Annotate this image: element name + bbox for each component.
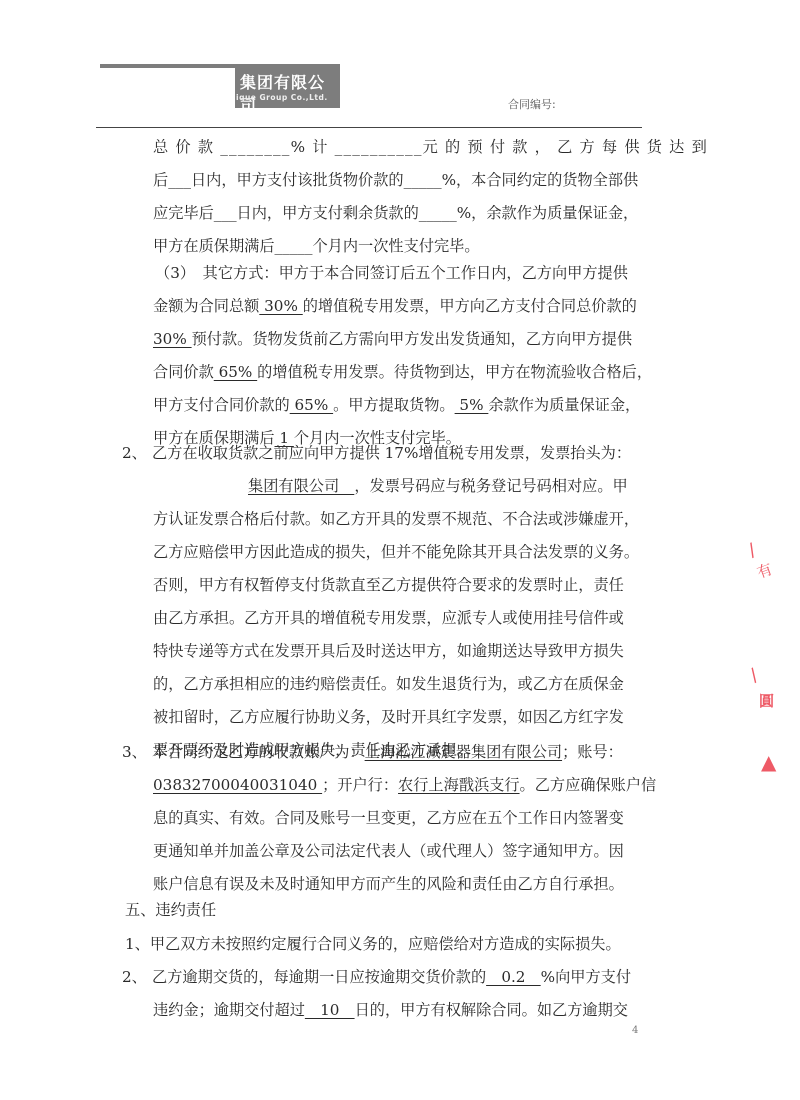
clause3-line: （3） 其它方式：甲方于本合同签订后五个工作日内，乙方向甲方提供 [155,263,628,283]
text: 日的，甲方有权解除合同。如乙方逾期交 [355,1001,628,1019]
item2-line: 乙方应赔偿甲方因此造成的损失，但并不能免除其开具合法发票的义务。 [153,542,639,562]
stamp-char: 圓 [759,690,774,711]
section5-item1: 1、甲乙双方未按照约定履行合同义务的，应赔偿给对方造成的实际损失。 [125,934,621,954]
item3-number: 3、 [122,742,147,762]
text: 的增值税专用发票。待货物到达，甲方在物流验收合格后， [257,363,652,381]
bank-name: 农行上海戬浜支行 [398,776,520,794]
clause3-line: 合同价款 65% 的增值税专用发票。待货物到达，甲方在物流验收合格后， [153,362,652,382]
invoice-payee: 集团有限公司 [248,477,354,495]
text: 的增值税专用发票，甲方向乙方支付合同总价款的 [303,297,637,315]
text: 甲方支付合同价款的 [153,396,290,414]
text: 。甲方提取货物。 [333,396,455,414]
text: 余款作为质量保证金， [488,396,640,414]
text: 。乙方应确保账户信 [520,776,657,794]
seal-stamp-fragment: / 有 / 圓 ▲ [745,540,795,810]
payment-percent: 65% [290,396,333,414]
stamp-stroke: / [745,540,759,562]
text: 乙方逾期交货的，每逾期一日应按逾期交货价款的 [152,968,486,986]
invoice-percent-2: 65% [214,363,257,381]
text: 预付款。货物发货前乙方需向甲方发出发货通知，乙方向甲方提供 [192,330,632,348]
item2-line: 方认证发票合格后付款。如乙方开具的发票不规范、不合法或涉嫌虚开， [153,509,639,529]
company-logo-banner: 集团有限公司 ique Group Co.,Ltd. [100,64,340,108]
section5-item2-line: 违约金；逾期交付超过 10 日的，甲方有权解除合同。如乙方逾期交 [153,1000,628,1020]
item2-line: 否则，甲方有权暂停支付货款直至乙方提供符合要求的发票时止，责任 [153,575,624,595]
text: ；账号： [562,743,623,761]
text: ，发票号码应与税务登记号码相对应。甲 [354,477,627,495]
stamp-stroke: ▲ [761,750,776,774]
item2-line: 被扣留时，乙方应履行协助义务，及时开具红字发票，如因乙方红字发 [153,707,624,727]
clause3-line: 甲方支付合同价款的 65% 。甲方提取货物。 5% 余款作为质量保证金， [153,395,640,415]
retention-percent: 5% [455,396,489,414]
paragraph-line: 总 价 款 ________% 计 __________元 的 预 付 款 ， … [153,137,708,157]
redacted-logo-area [100,68,235,114]
stamp-char: 有 [754,558,775,583]
item3-line: 账户信息有误及未及时通知甲方而产生的风险和责任由乙方自行承担。 [153,874,624,894]
item3-line: 本合同约定乙方的收款账户为：上海淞江减震器集团有限公司；账号： [152,742,623,762]
paragraph-line: 甲方在质保期满后_____个月内一次性支付完毕。 [153,236,480,256]
text: %向甲方支付 [541,968,631,986]
item2-line: 的，乙方承担相应的违约赔偿责任。如发生退货行为，或乙方在质保金 [153,674,624,694]
account-number: 03832700040031040 [153,776,322,794]
invoice-percent: 30% [259,297,302,315]
contract-number-label: 合同编号: [508,96,556,112]
item3-line: 更通知单并加盖公章及公司法定代表人（或代理人）签字通知甲方。因 [153,841,624,861]
text: 金额为合同总额 [153,297,259,315]
item3-line: 息的真实、有效。合同及账号一旦变更，乙方应在五个工作日内签署变 [153,808,624,828]
stamp-stroke: / [746,665,762,686]
clause3-line: 30% 预付款。货物发货前乙方需向甲方发出发货通知，乙方向甲方提供 [153,329,632,349]
section-title: 五、违约责任 [125,900,216,920]
item2-line: 特快专递等方式在发票开具后及时送达甲方，如逾期送达导致甲方损失 [153,641,624,661]
item3-line: 03832700040031040 ；开户行：农行上海戬浜支行。乙方应确保账户信 [153,775,656,795]
overdue-days: 10 [305,1001,355,1019]
section5-item2-number: 2、 [122,967,147,987]
paragraph-line: 应完毕后___日内，甲方支付剩余货款的_____%，余款作为质量保证金， [153,203,638,223]
account-name: 上海淞江减震器集团有限公司 [365,743,562,761]
penalty-rate: 0.2 [486,968,541,986]
item2-line: 集团有限公司 ，发票号码应与税务登记号码相对应。甲 [248,476,628,496]
item2-number: 2、 [122,443,147,463]
header-divider [96,127,642,128]
item2-line: 乙方在收取货款之前应向甲方提供 17%增值税专用发票，发票抬头为： [152,443,631,463]
paragraph-line: 后___日内，甲方支付该批货物价款的_____%，本合同约定的货物全部供 [153,170,638,190]
text: 本合同约定乙方的收款账户为： [152,743,365,761]
company-name-en: ique Group Co.,Ltd. [236,93,328,102]
item2-line: 由乙方承担。乙方开具的增值税专用发票，应派专人或使用挂号信件或 [153,608,624,628]
clause3-line: 金额为合同总额 30% 的增值税专用发票，甲方向乙方支付合同总价款的 [153,296,637,316]
section5-item2-line: 乙方逾期交货的，每逾期一日应按逾期交货价款的 0.2 %向甲方支付 [152,967,631,987]
text: 合同价款 [153,363,214,381]
text: ；开户行： [322,776,398,794]
prepayment-percent: 30% [153,330,192,348]
text: 违约金；逾期交付超过 [153,1001,305,1019]
page-number: 4 [632,1025,638,1036]
